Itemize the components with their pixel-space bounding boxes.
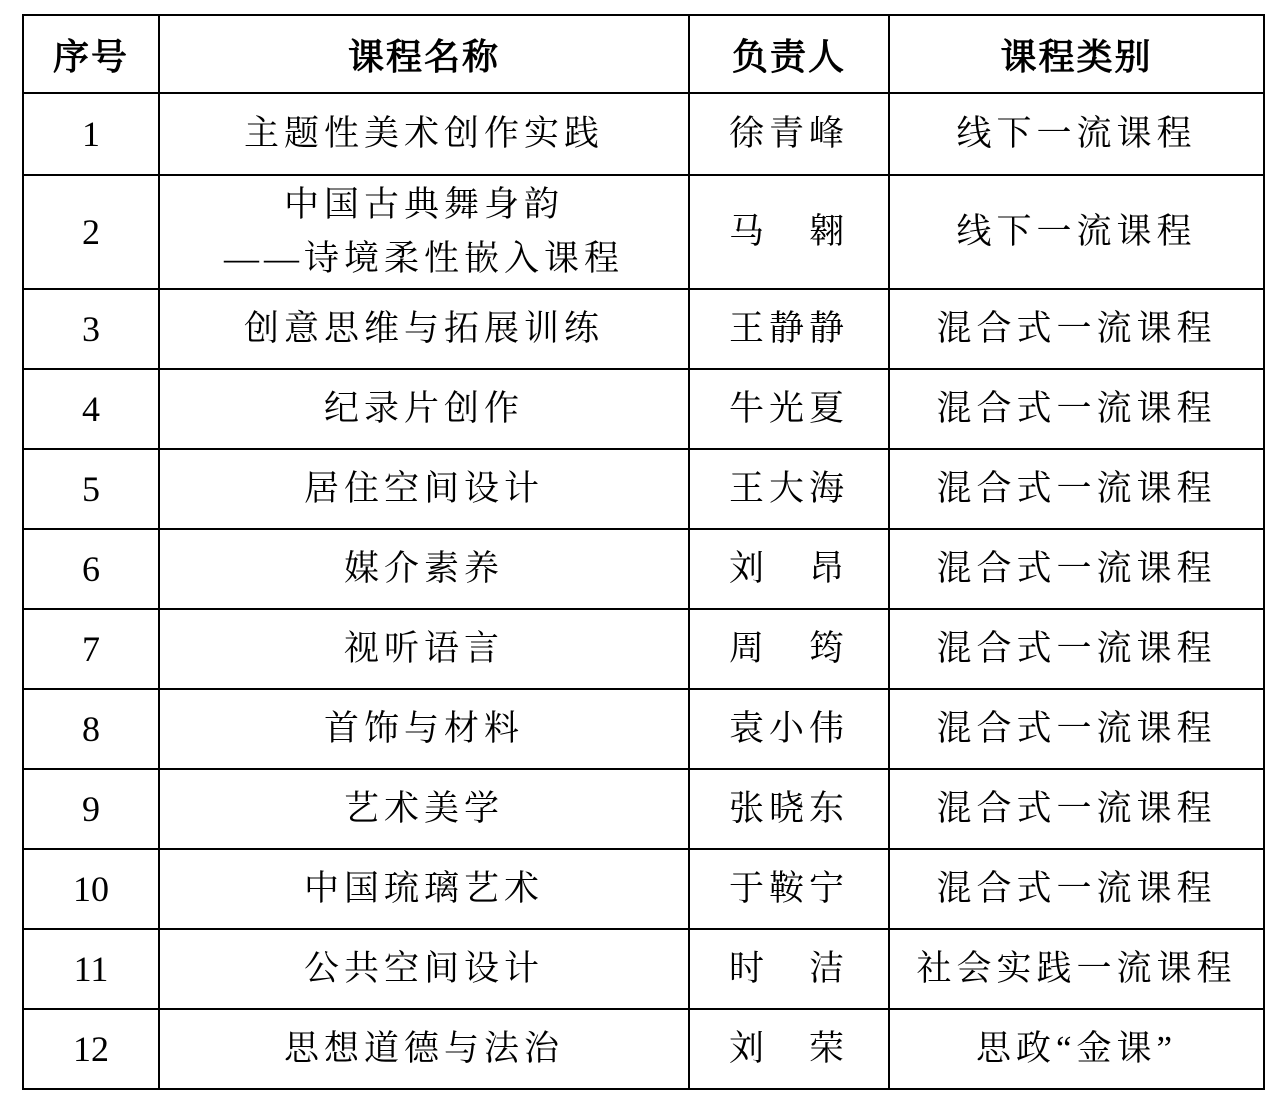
column-header-category: 课程类别 — [889, 15, 1264, 93]
cell-leader: 牛光夏 — [689, 369, 889, 449]
cell-leader: 徐青峰 — [689, 93, 889, 175]
table-row: 5 居住空间设计 王大海 混合式一流课程 — [23, 449, 1264, 529]
cell-no: 5 — [23, 449, 159, 529]
table-row: 8 首饰与材料 袁小伟 混合式一流课程 — [23, 689, 1264, 769]
table-row: 6 媒介素养 刘 昂 混合式一流课程 — [23, 529, 1264, 609]
cell-no: 7 — [23, 609, 159, 689]
cell-no: 4 — [23, 369, 159, 449]
cell-category: 线下一流课程 — [889, 175, 1264, 289]
cell-course: 思想道德与法治 — [159, 1009, 689, 1089]
document-page: 序号 课程名称 负责人 课程类别 1 主题性美术创作实践 徐青峰 线下一流课程 … — [0, 0, 1284, 1106]
table-row: 4 纪录片创作 牛光夏 混合式一流课程 — [23, 369, 1264, 449]
cell-course: 居住空间设计 — [159, 449, 689, 529]
cell-no: 11 — [23, 929, 159, 1009]
cell-category: 思政“金课” — [889, 1009, 1264, 1089]
cell-no: 9 — [23, 769, 159, 849]
cell-course: 中国古典舞身韵 ——诗境柔性嵌入课程 — [159, 175, 689, 289]
table-row: 12 思想道德与法治 刘 荣 思政“金课” — [23, 1009, 1264, 1089]
cell-category: 混合式一流课程 — [889, 529, 1264, 609]
cell-no: 12 — [23, 1009, 159, 1089]
column-header-course: 课程名称 — [159, 15, 689, 93]
cell-leader: 周 筠 — [689, 609, 889, 689]
table-row: 2 中国古典舞身韵 ——诗境柔性嵌入课程 马 翱 线下一流课程 — [23, 175, 1264, 289]
cell-course: 公共空间设计 — [159, 929, 689, 1009]
cell-category: 混合式一流课程 — [889, 849, 1264, 929]
cell-course: 纪录片创作 — [159, 369, 689, 449]
cell-leader: 于鞍宁 — [689, 849, 889, 929]
cell-no: 1 — [23, 93, 159, 175]
cell-no: 2 — [23, 175, 159, 289]
cell-course: 首饰与材料 — [159, 689, 689, 769]
cell-no: 10 — [23, 849, 159, 929]
cell-leader: 时 洁 — [689, 929, 889, 1009]
cell-leader: 张晓东 — [689, 769, 889, 849]
cell-course: 创意思维与拓展训练 — [159, 289, 689, 369]
cell-leader: 刘 荣 — [689, 1009, 889, 1089]
cell-leader: 王大海 — [689, 449, 889, 529]
table-row: 3 创意思维与拓展训练 王静静 混合式一流课程 — [23, 289, 1264, 369]
cell-leader: 袁小伟 — [689, 689, 889, 769]
cell-course: 主题性美术创作实践 — [159, 93, 689, 175]
cell-no: 3 — [23, 289, 159, 369]
cell-category: 混合式一流课程 — [889, 289, 1264, 369]
column-header-leader: 负责人 — [689, 15, 889, 93]
cell-category: 混合式一流课程 — [889, 449, 1264, 529]
cell-course: 视听语言 — [159, 609, 689, 689]
course-table: 序号 课程名称 负责人 课程类别 1 主题性美术创作实践 徐青峰 线下一流课程 … — [22, 14, 1265, 1090]
cell-category: 线下一流课程 — [889, 93, 1264, 175]
table-row: 9 艺术美学 张晓东 混合式一流课程 — [23, 769, 1264, 849]
cell-leader: 王静静 — [689, 289, 889, 369]
table-row: 7 视听语言 周 筠 混合式一流课程 — [23, 609, 1264, 689]
table-row: 10 中国琉璃艺术 于鞍宁 混合式一流课程 — [23, 849, 1264, 929]
cell-category: 混合式一流课程 — [889, 369, 1264, 449]
cell-category: 社会实践一流课程 — [889, 929, 1264, 1009]
header-row: 序号 课程名称 负责人 课程类别 — [23, 15, 1264, 93]
cell-leader: 刘 昂 — [689, 529, 889, 609]
cell-category: 混合式一流课程 — [889, 609, 1264, 689]
cell-course: 艺术美学 — [159, 769, 689, 849]
cell-category: 混合式一流课程 — [889, 689, 1264, 769]
table-body: 1 主题性美术创作实践 徐青峰 线下一流课程 2 中国古典舞身韵 ——诗境柔性嵌… — [23, 93, 1264, 1089]
cell-no: 8 — [23, 689, 159, 769]
table-row: 11 公共空间设计 时 洁 社会实践一流课程 — [23, 929, 1264, 1009]
table-row: 1 主题性美术创作实践 徐青峰 线下一流课程 — [23, 93, 1264, 175]
table-header: 序号 课程名称 负责人 课程类别 — [23, 15, 1264, 93]
cell-course: 中国琉璃艺术 — [159, 849, 689, 929]
column-header-no: 序号 — [23, 15, 159, 93]
cell-no: 6 — [23, 529, 159, 609]
cell-category: 混合式一流课程 — [889, 769, 1264, 849]
cell-leader: 马 翱 — [689, 175, 889, 289]
cell-course: 媒介素养 — [159, 529, 689, 609]
